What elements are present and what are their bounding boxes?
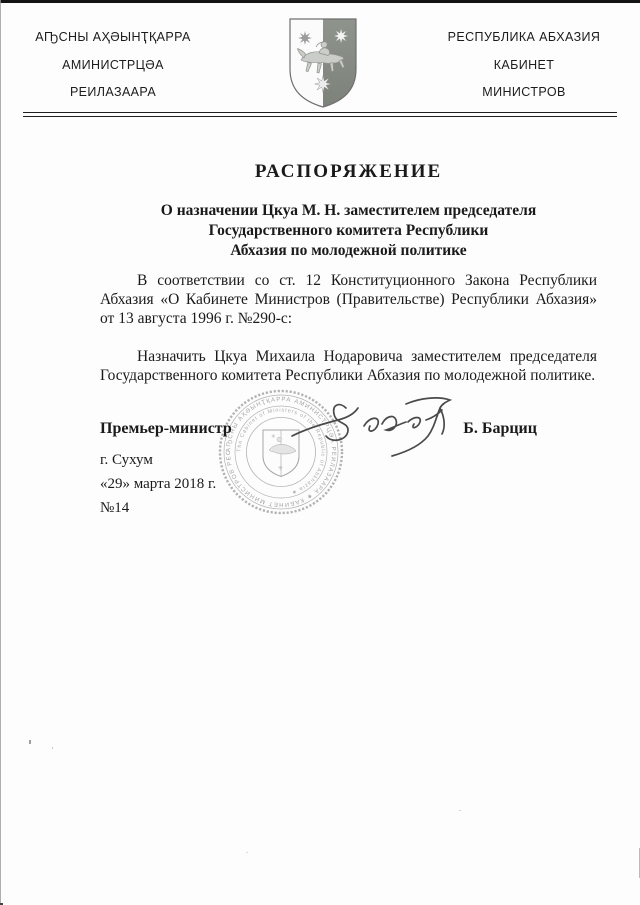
letterhead-abkhaz-line: АҦСНЫ АҲӘЫНҬҚАРРА	[27, 24, 199, 52]
document-title: РАСПОРЯЖЕНИЕ	[100, 161, 597, 183]
scanned-decree-page: АҦСНЫ АҲӘЫНҬҚАРРА АМИНИСТРЦӘА РЕИЛАЗААРА	[0, 0, 640, 905]
document-subtitle: О назначении Цкуа М. Н. заместителем пре…	[100, 201, 597, 261]
letterhead-russian-line: КАБИНЕТ	[436, 52, 612, 80]
letterhead-russian-line: РЕСПУБЛИКА АБХАЗИЯ	[436, 24, 612, 52]
subtitle-line: Абхазия по молодежной политике	[100, 241, 597, 261]
scan-noise-speck	[459, 810, 461, 811]
document-body: В соответствии со ст. 12 Конституционног…	[100, 271, 597, 385]
document-city: г. Сухум	[100, 452, 153, 469]
subtitle-line: О назначении Цкуа М. Н. заместителем пре…	[100, 201, 597, 221]
letterhead-abkhaz-line: РЕИЛАЗААРА	[27, 79, 199, 107]
subtitle-line: Государственного комитета Республики	[100, 221, 597, 241]
scan-noise-speck	[29, 740, 31, 744]
scan-edge-top	[0, 0, 640, 3]
document-number: №14	[100, 500, 129, 517]
body-paragraph: В соответствии со ст. 12 Конституционног…	[100, 271, 597, 329]
scan-edge-left	[0, 0, 1, 905]
letterhead-abkhaz-line: АМИНИСТРЦӘА	[27, 52, 199, 80]
signature-handwritten	[288, 392, 473, 467]
stamp-star-mark: ✳	[278, 465, 283, 472]
document-date: «29» марта 2018 г.	[100, 476, 216, 493]
header-divider	[23, 112, 617, 117]
letterhead-abkhaz: АҦСНЫ АҲӘЫНҬҚАРРА АМИНИСТРЦӘА РЕИЛАЗААРА	[27, 24, 199, 107]
scan-noise-speck	[246, 852, 248, 853]
scan-noise-speck	[52, 747, 53, 749]
signatory-name: Б. Барциц	[463, 420, 537, 438]
letterhead-russian-line: МИНИСТРОВ	[436, 79, 612, 107]
body-paragraph: Назначить Цкуа Михаила Нодаровича замест…	[100, 347, 597, 385]
signatory-role: Премьер-министр	[100, 420, 232, 438]
coat-of-arms-icon	[288, 17, 358, 109]
letterhead-russian: РЕСПУБЛИКА АБХАЗИЯ КАБИНЕТ МИНИСТРОВ	[436, 24, 612, 107]
